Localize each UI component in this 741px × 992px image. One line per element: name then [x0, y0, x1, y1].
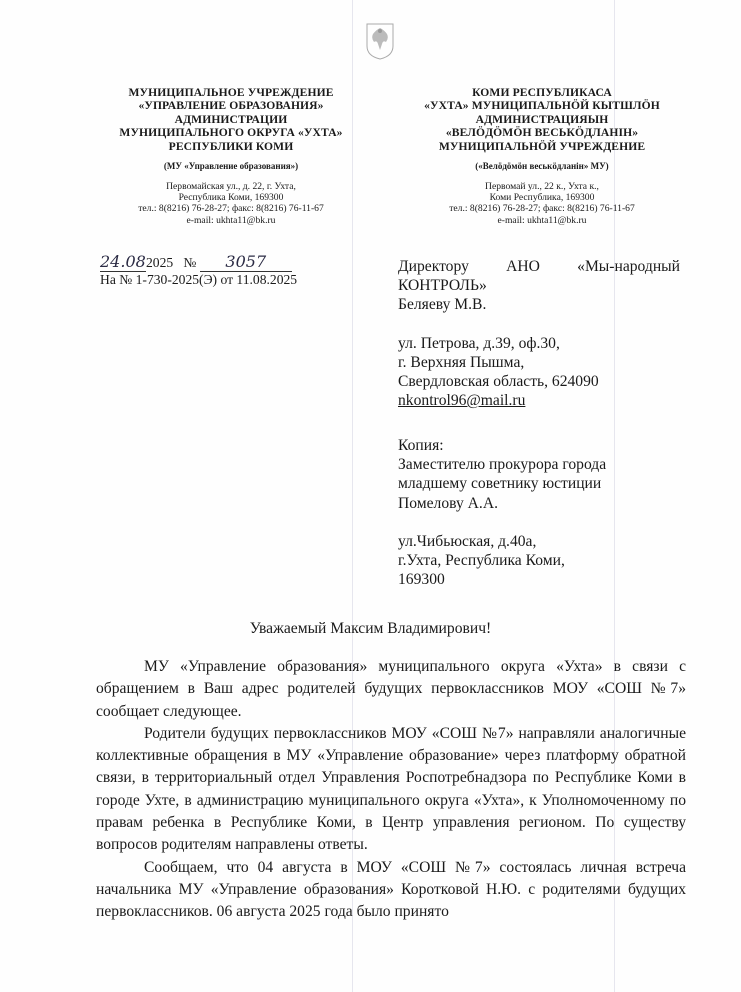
sender-header-komi: КОМИ РЕСПУБЛИКАСА «УХТА» МУНИЦИПАЛЬНÖЙ К… [393, 86, 691, 226]
reply-reference: На № 1-730-2025(Э) от 11.08.2025 [100, 272, 297, 288]
copy-recipient-name: Помелову А.А. [398, 494, 680, 513]
header-short-name: (МУ «Управление образования») [95, 161, 367, 172]
number-sign: № [183, 255, 196, 270]
letter-body: МУ «Управление образования» муниципально… [96, 656, 686, 924]
letter-page: МУНИЦИПАЛЬНОЕ УЧРЕЖДЕНИЕ «УПРАВЛЕНИЕ ОБР… [0, 0, 741, 992]
komi-coat-of-arms-icon [365, 18, 395, 60]
recipient-block: Директору АНО «Мы-народный КОНТРОЛЬ» Бел… [398, 257, 680, 410]
paragraph: МУ «Управление образования» муниципально… [96, 656, 686, 723]
handwritten-date-field: 24.08 [100, 254, 146, 272]
header-title: МУНИЦИПАЛЬНОЕ УЧРЕЖДЕНИЕ «УПРАВЛЕНИЕ ОБР… [95, 86, 367, 153]
paragraph: Родители будущих первоклассников МОУ «СО… [96, 723, 686, 857]
greeting: Уважаемый Максим Владимирович! [0, 620, 741, 638]
copy-label: Копия: [398, 436, 680, 455]
copy-block: Копия: Заместителю прокурора города млад… [398, 436, 680, 589]
header-address: Первомай ул., 22 к., Ухта к., Коми Респу… [393, 181, 691, 226]
year: 2025 [146, 255, 173, 270]
paragraph: Сообщаем, что 04 августа в МОУ «СОШ №7» … [96, 857, 686, 924]
outgoing-registration: 24.082025 № 3057 На № 1-730-2025(Э) от 1… [100, 254, 297, 288]
header-address: Первомайская ул., д. 22, г. Ухта, Респуб… [95, 181, 367, 226]
recipient-position: Директору АНО «Мы-народный [398, 257, 680, 276]
recipient-email-link[interactable]: nkontrol96@mail.ru [398, 391, 680, 410]
handwritten-number-field: 3057 [200, 254, 292, 272]
recipient-name: Беляеву М.В. [398, 295, 680, 314]
header-title: КОМИ РЕСПУБЛИКАСА «УХТА» МУНИЦИПАЛЬНÖЙ К… [393, 86, 691, 153]
sender-header-russian: МУНИЦИПАЛЬНОЕ УЧРЕЖДЕНИЕ «УПРАВЛЕНИЕ ОБР… [95, 86, 367, 226]
header-short-name: («Велöдöмöн веськöдланін» МУ) [393, 161, 691, 172]
